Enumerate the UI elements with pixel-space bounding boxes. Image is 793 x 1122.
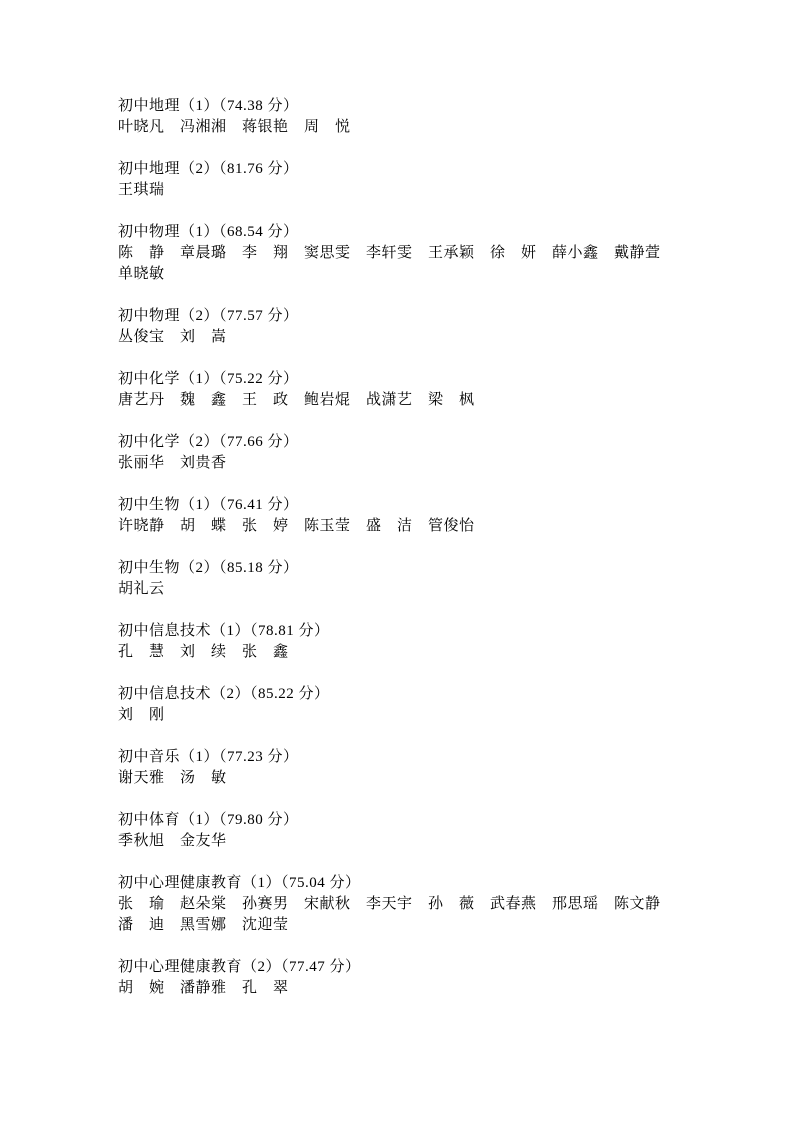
document-page: 初中地理（1）（74.38 分） 叶晓凡 冯湘湘 蒋银艳 周 悦 初中地理（2）… xyxy=(0,0,793,1122)
section-heading: 初中地理（1）（74.38 分） xyxy=(118,96,738,117)
teacher-names-line: 孔 慧 刘 续 张 鑫 xyxy=(118,642,738,663)
teacher-names-line: 许晓静 胡 蝶 张 婷 陈玉莹 盛 洁 管俊怡 xyxy=(118,516,738,537)
teacher-names-line: 陈 静 章晨璐 李 翔 窦思雯 李轩雯 王承颖 徐 妍 薛小鑫 戴静萱 xyxy=(118,243,738,264)
teacher-names-line: 谢天雅 汤 敏 xyxy=(118,768,738,789)
teacher-names-line: 胡礼云 xyxy=(118,579,738,600)
section-heading: 初中信息技术（1）（78.81 分） xyxy=(118,621,738,642)
subject-section: 初中化学（2）（77.66 分） 张丽华 刘贵香 xyxy=(118,432,738,474)
subject-section: 初中体育（1）（79.80 分） 季秋旭 金友华 xyxy=(118,810,738,852)
teacher-names-line: 刘 刚 xyxy=(118,705,738,726)
subject-section: 初中心理健康教育（1）（75.04 分） 张 瑜 赵朵棠 孙赛男 宋献秋 李天宇… xyxy=(118,873,738,936)
section-heading: 初中心理健康教育（1）（75.04 分） xyxy=(118,873,738,894)
teacher-names-line: 张丽华 刘贵香 xyxy=(118,453,738,474)
teacher-names-line: 季秋旭 金友华 xyxy=(118,831,738,852)
section-heading: 初中地理（2）（81.76 分） xyxy=(118,159,738,180)
section-heading: 初中物理（1）（68.54 分） xyxy=(118,222,738,243)
section-heading: 初中生物（1）（76.41 分） xyxy=(118,495,738,516)
teacher-names-line: 胡 婉 潘静雅 孔 翠 xyxy=(118,978,738,999)
teacher-names-line: 张 瑜 赵朵棠 孙赛男 宋献秋 李天宇 孙 薇 武春燕 邢思瑶 陈文静 xyxy=(118,894,738,915)
teacher-names-line: 王琪瑞 xyxy=(118,180,738,201)
subject-section: 初中心理健康教育（2）（77.47 分） 胡 婉 潘静雅 孔 翠 xyxy=(118,957,738,999)
subject-section: 初中地理（2）（81.76 分） 王琪瑞 xyxy=(118,159,738,201)
teacher-names-line: 单晓敏 xyxy=(118,264,738,285)
subject-section: 初中生物（2）（85.18 分） 胡礼云 xyxy=(118,558,738,600)
section-heading: 初中生物（2）（85.18 分） xyxy=(118,558,738,579)
subject-section: 初中物理（2）（77.57 分） 丛俊宝 刘 嵩 xyxy=(118,306,738,348)
subject-section: 初中音乐（1）（77.23 分） 谢天雅 汤 敏 xyxy=(118,747,738,789)
subject-section: 初中物理（1）（68.54 分） 陈 静 章晨璐 李 翔 窦思雯 李轩雯 王承颖… xyxy=(118,222,738,285)
section-heading: 初中体育（1）（79.80 分） xyxy=(118,810,738,831)
teacher-names-line: 叶晓凡 冯湘湘 蒋银艳 周 悦 xyxy=(118,117,738,138)
section-heading: 初中化学（2）（77.66 分） xyxy=(118,432,738,453)
subject-section: 初中信息技术（1）（78.81 分） 孔 慧 刘 续 张 鑫 xyxy=(118,621,738,663)
subject-section: 初中生物（1）（76.41 分） 许晓静 胡 蝶 张 婷 陈玉莹 盛 洁 管俊怡 xyxy=(118,495,738,537)
section-heading: 初中化学（1）（75.22 分） xyxy=(118,369,738,390)
section-heading: 初中信息技术（2）（85.22 分） xyxy=(118,684,738,705)
teacher-names-line: 唐艺丹 魏 鑫 王 政 鲍岩焜 战潇艺 梁 枫 xyxy=(118,390,738,411)
teacher-names-line: 潘 迪 黑雪娜 沈迎莹 xyxy=(118,915,738,936)
subject-section: 初中地理（1）（74.38 分） 叶晓凡 冯湘湘 蒋银艳 周 悦 xyxy=(118,96,738,138)
section-heading: 初中心理健康教育（2）（77.47 分） xyxy=(118,957,738,978)
teacher-names-line: 丛俊宝 刘 嵩 xyxy=(118,327,738,348)
document-content: 初中地理（1）（74.38 分） 叶晓凡 冯湘湘 蒋银艳 周 悦 初中地理（2）… xyxy=(118,96,738,1020)
subject-section: 初中信息技术（2）（85.22 分） 刘 刚 xyxy=(118,684,738,726)
section-heading: 初中物理（2）（77.57 分） xyxy=(118,306,738,327)
section-heading: 初中音乐（1）（77.23 分） xyxy=(118,747,738,768)
subject-section: 初中化学（1）（75.22 分） 唐艺丹 魏 鑫 王 政 鲍岩焜 战潇艺 梁 枫 xyxy=(118,369,738,411)
